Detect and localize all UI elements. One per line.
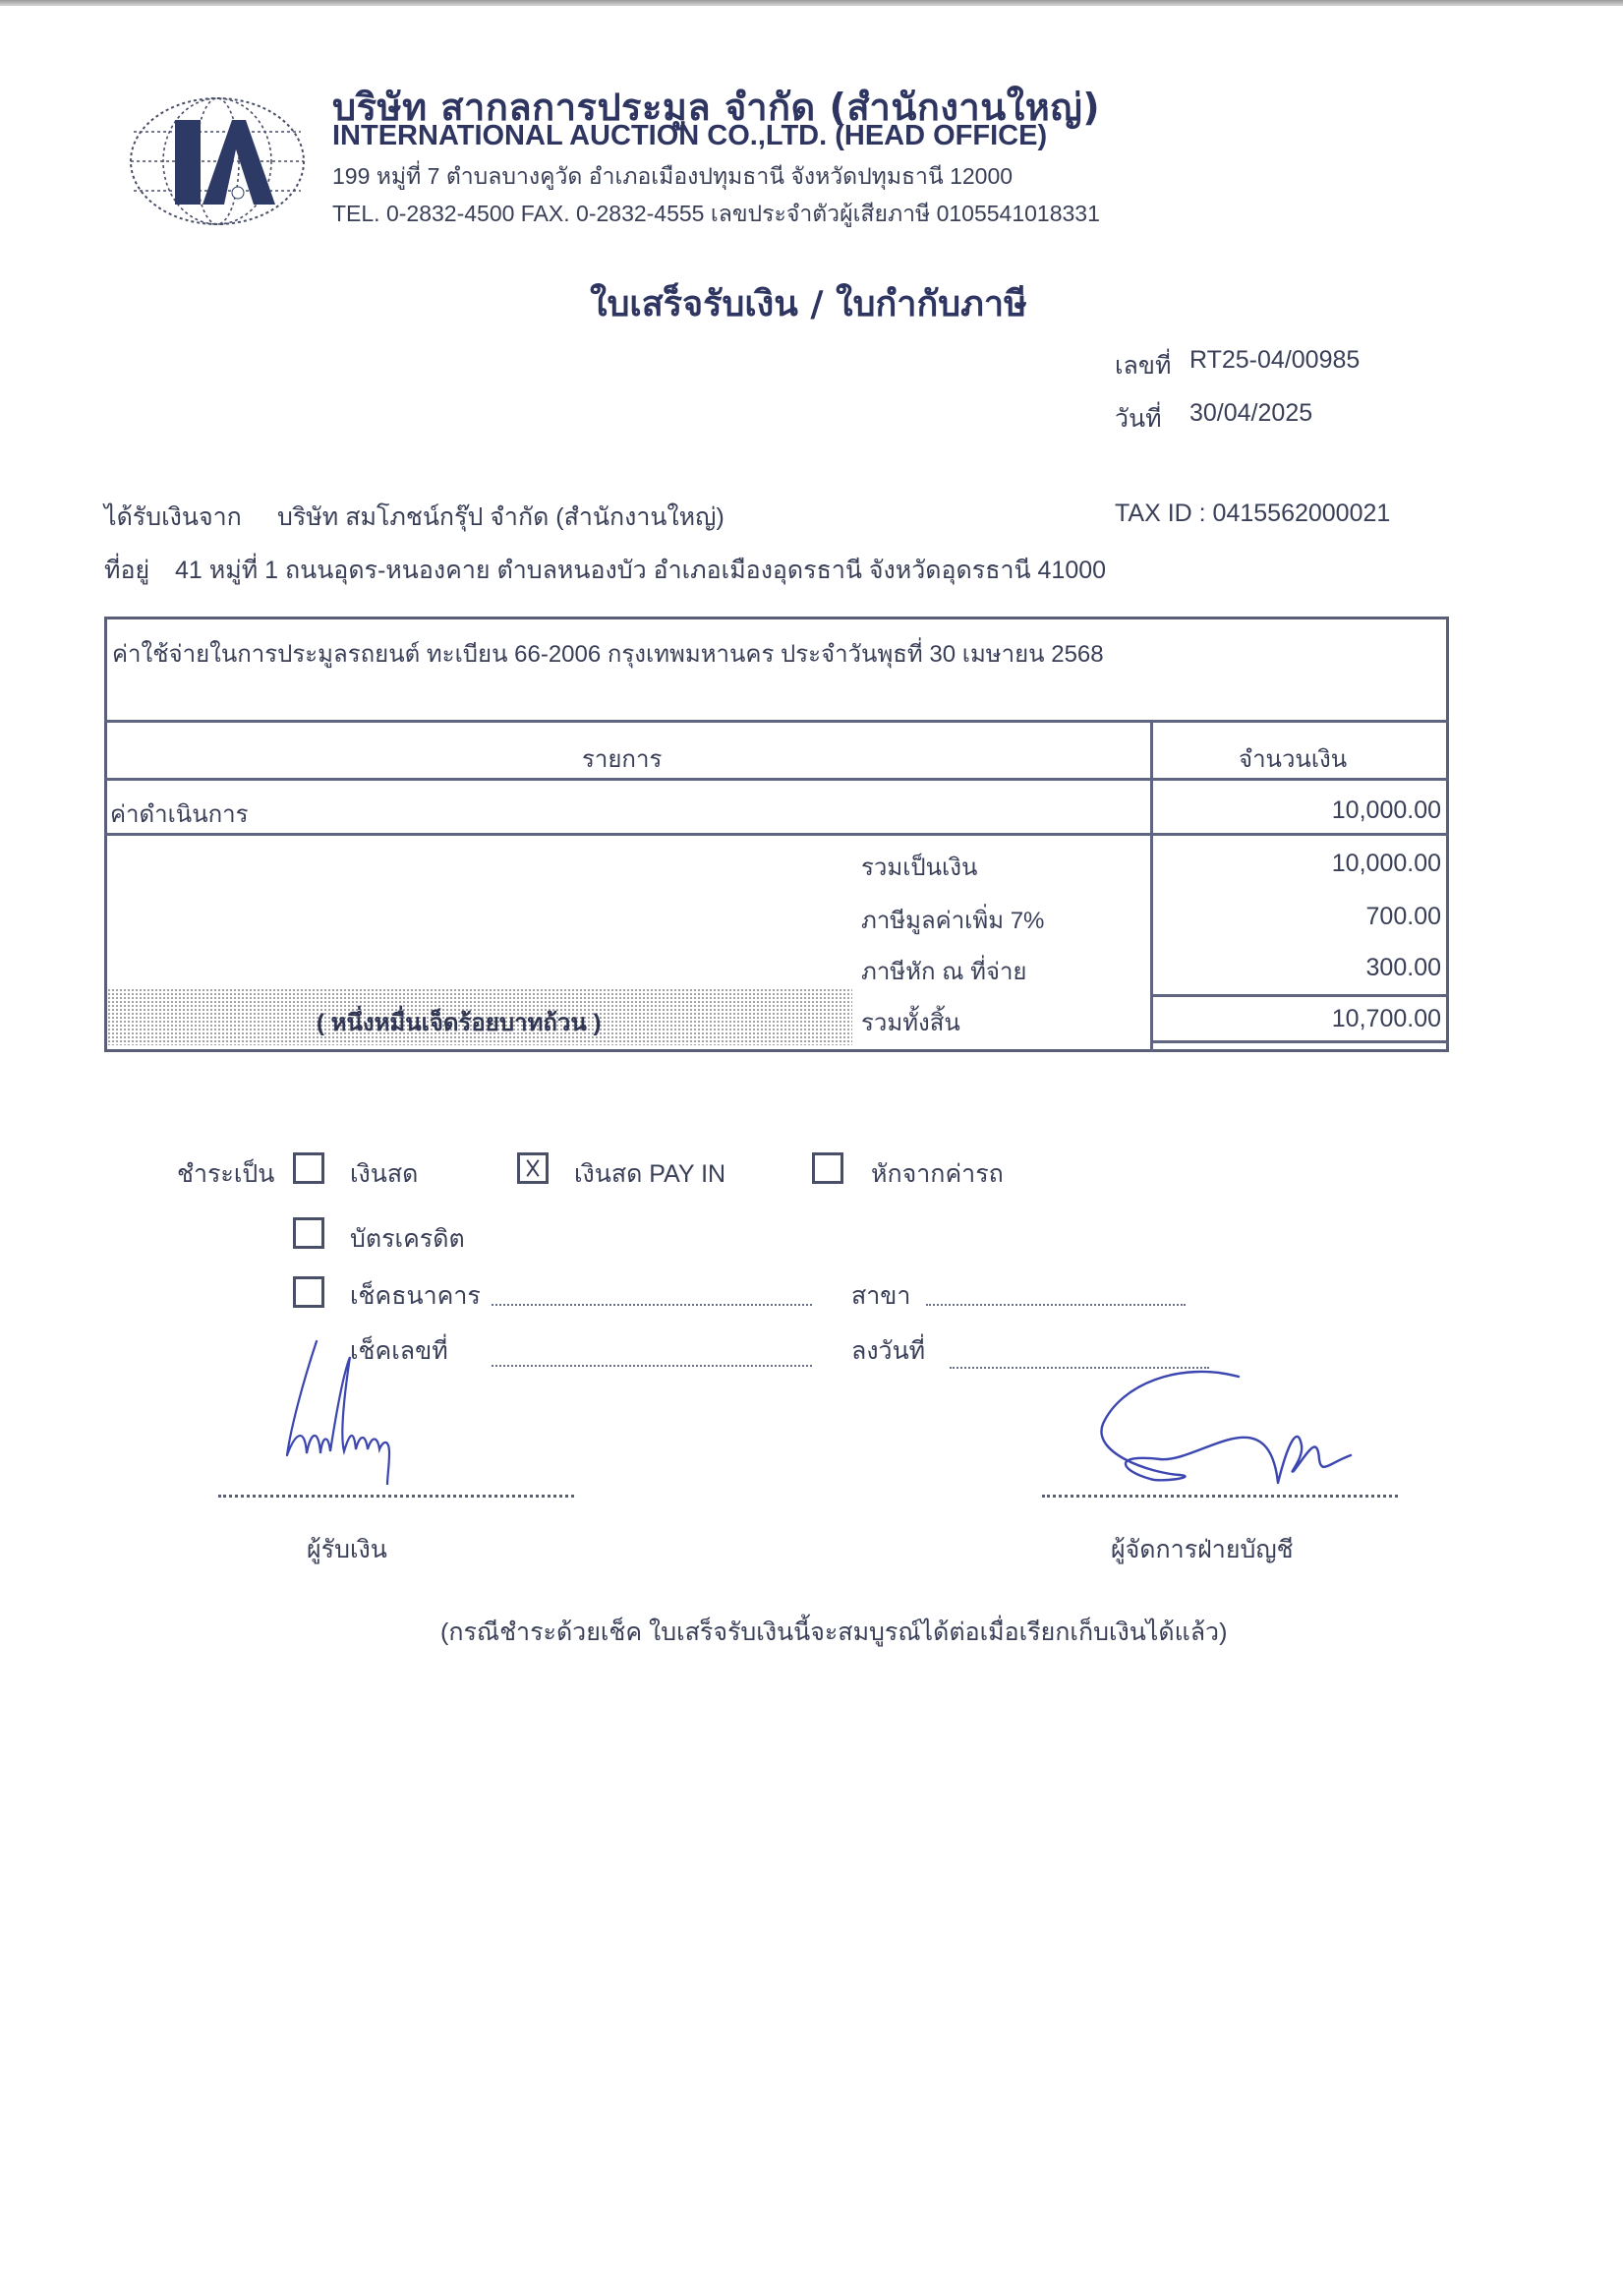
table-divider (1151, 994, 1449, 997)
checkbox-cash[interactable] (293, 1152, 324, 1184)
manager-signature-line (1042, 1495, 1398, 1498)
option-bank-cheque-label: เช็คธนาคาร (350, 1276, 481, 1316)
scan-edge (0, 0, 1623, 6)
checkbox-deduct-from-car[interactable] (812, 1152, 843, 1184)
company-contact: TEL. 0-2832-4500 FAX. 0-2832-4555 เลขประ… (332, 197, 1100, 232)
header-item: รายการ (582, 739, 662, 778)
option-deduct-from-car-label: หักจากค่ารถ (871, 1154, 1004, 1194)
table-divider (104, 720, 1449, 723)
cheque-date-label: ลงวันที่ (851, 1331, 925, 1371)
branch-label: สาขา (851, 1276, 910, 1316)
receipt-number-label: เลขที่ (1115, 346, 1171, 385)
company-address: 199 หมู่ที่ 7 ตำบลบางคูวัด อำเภอเมืองปทุ… (332, 159, 1013, 195)
bank-name-field[interactable] (492, 1304, 812, 1306)
option-credit-card-label: บัตรเครดิต (350, 1219, 465, 1259)
option-cash-pay-in-label: เงินสด PAY IN (574, 1154, 725, 1194)
footer-note: (กรณีชำระด้วยเช็ค ใบเสร็จรับเงินนี้จะสมบ… (440, 1613, 1227, 1652)
header-amount: จำนวนเงิน (1239, 739, 1347, 778)
payment-method-label: ชำระเป็น (177, 1154, 274, 1194)
subtotal-label: รวมเป็นเงิน (861, 848, 977, 886)
table-description: ค่าใช้จ่ายในการประมูลรถยนต์ ทะเบียน 66-2… (112, 634, 1104, 673)
address-label: ที่อยู่ (104, 551, 149, 590)
document-title: ใบเสร็จรับเงิน / ใบกำกับภาษี (590, 275, 1027, 331)
receipt-number: RT25-04/00985 (1189, 346, 1360, 375)
customer-tax-id: TAX ID : 0415562000021 (1115, 500, 1390, 528)
cheque-number-field[interactable] (492, 1365, 812, 1367)
table-divider (1151, 1040, 1449, 1043)
manager-label: ผู้จัดการฝ่ายบัญชี (1111, 1530, 1294, 1569)
table-divider (104, 778, 1449, 781)
company-name-english: INTERNATIONAL AUCTION CO.,LTD. (HEAD OFF… (332, 120, 1047, 152)
vat-label: ภาษีมูลค่าเพิ่ม 7% (861, 901, 1044, 939)
checkbox-credit-card[interactable] (293, 1217, 324, 1249)
withholding-label: ภาษีหัก ณ ที่จ่าย (861, 952, 1027, 990)
receipt-date-label: วันที่ (1115, 399, 1162, 439)
receiver-signature-line (218, 1495, 574, 1498)
checkbox-cash-pay-in[interactable] (517, 1152, 549, 1184)
receiver-signature (265, 1337, 462, 1489)
grand-total-amount: 10,700.00 (1166, 1005, 1441, 1033)
vat-amount: 700.00 (1166, 903, 1441, 931)
withholding-amount: 300.00 (1166, 954, 1441, 982)
checkbox-bank-cheque[interactable] (293, 1276, 324, 1308)
subtotal-amount: 10,000.00 (1166, 850, 1441, 878)
table-row-item: ค่าดำเนินการ (110, 795, 249, 833)
table-row-amount: 10,000.00 (1166, 796, 1441, 825)
branch-field[interactable] (926, 1304, 1186, 1306)
amount-in-words: ( หนึ่งหมื่นเจ็ดร้อยบาทถ้วน ) (317, 1003, 601, 1041)
table-divider (104, 833, 1449, 836)
received-from-label: ได้รับเงินจาก (104, 498, 242, 537)
globe-logo-icon (126, 92, 309, 230)
amount-column-divider (1150, 720, 1153, 1052)
receipt-date: 30/04/2025 (1189, 399, 1312, 428)
option-cash-label: เงินสด (350, 1154, 418, 1194)
customer-address: 41 หมู่ที่ 1 ถนนอุดร-หนองคาย ตำบลหนองบัว… (175, 551, 1106, 590)
receiver-label: ผู้รับเงิน (307, 1530, 387, 1569)
grand-total-label: รวมทั้งสิ้น (861, 1003, 960, 1041)
customer-name: บริษัท สมโภชน์กรุ๊ป จำกัด (สำนักงานใหญ่) (277, 498, 725, 537)
manager-signature (1091, 1365, 1366, 1497)
